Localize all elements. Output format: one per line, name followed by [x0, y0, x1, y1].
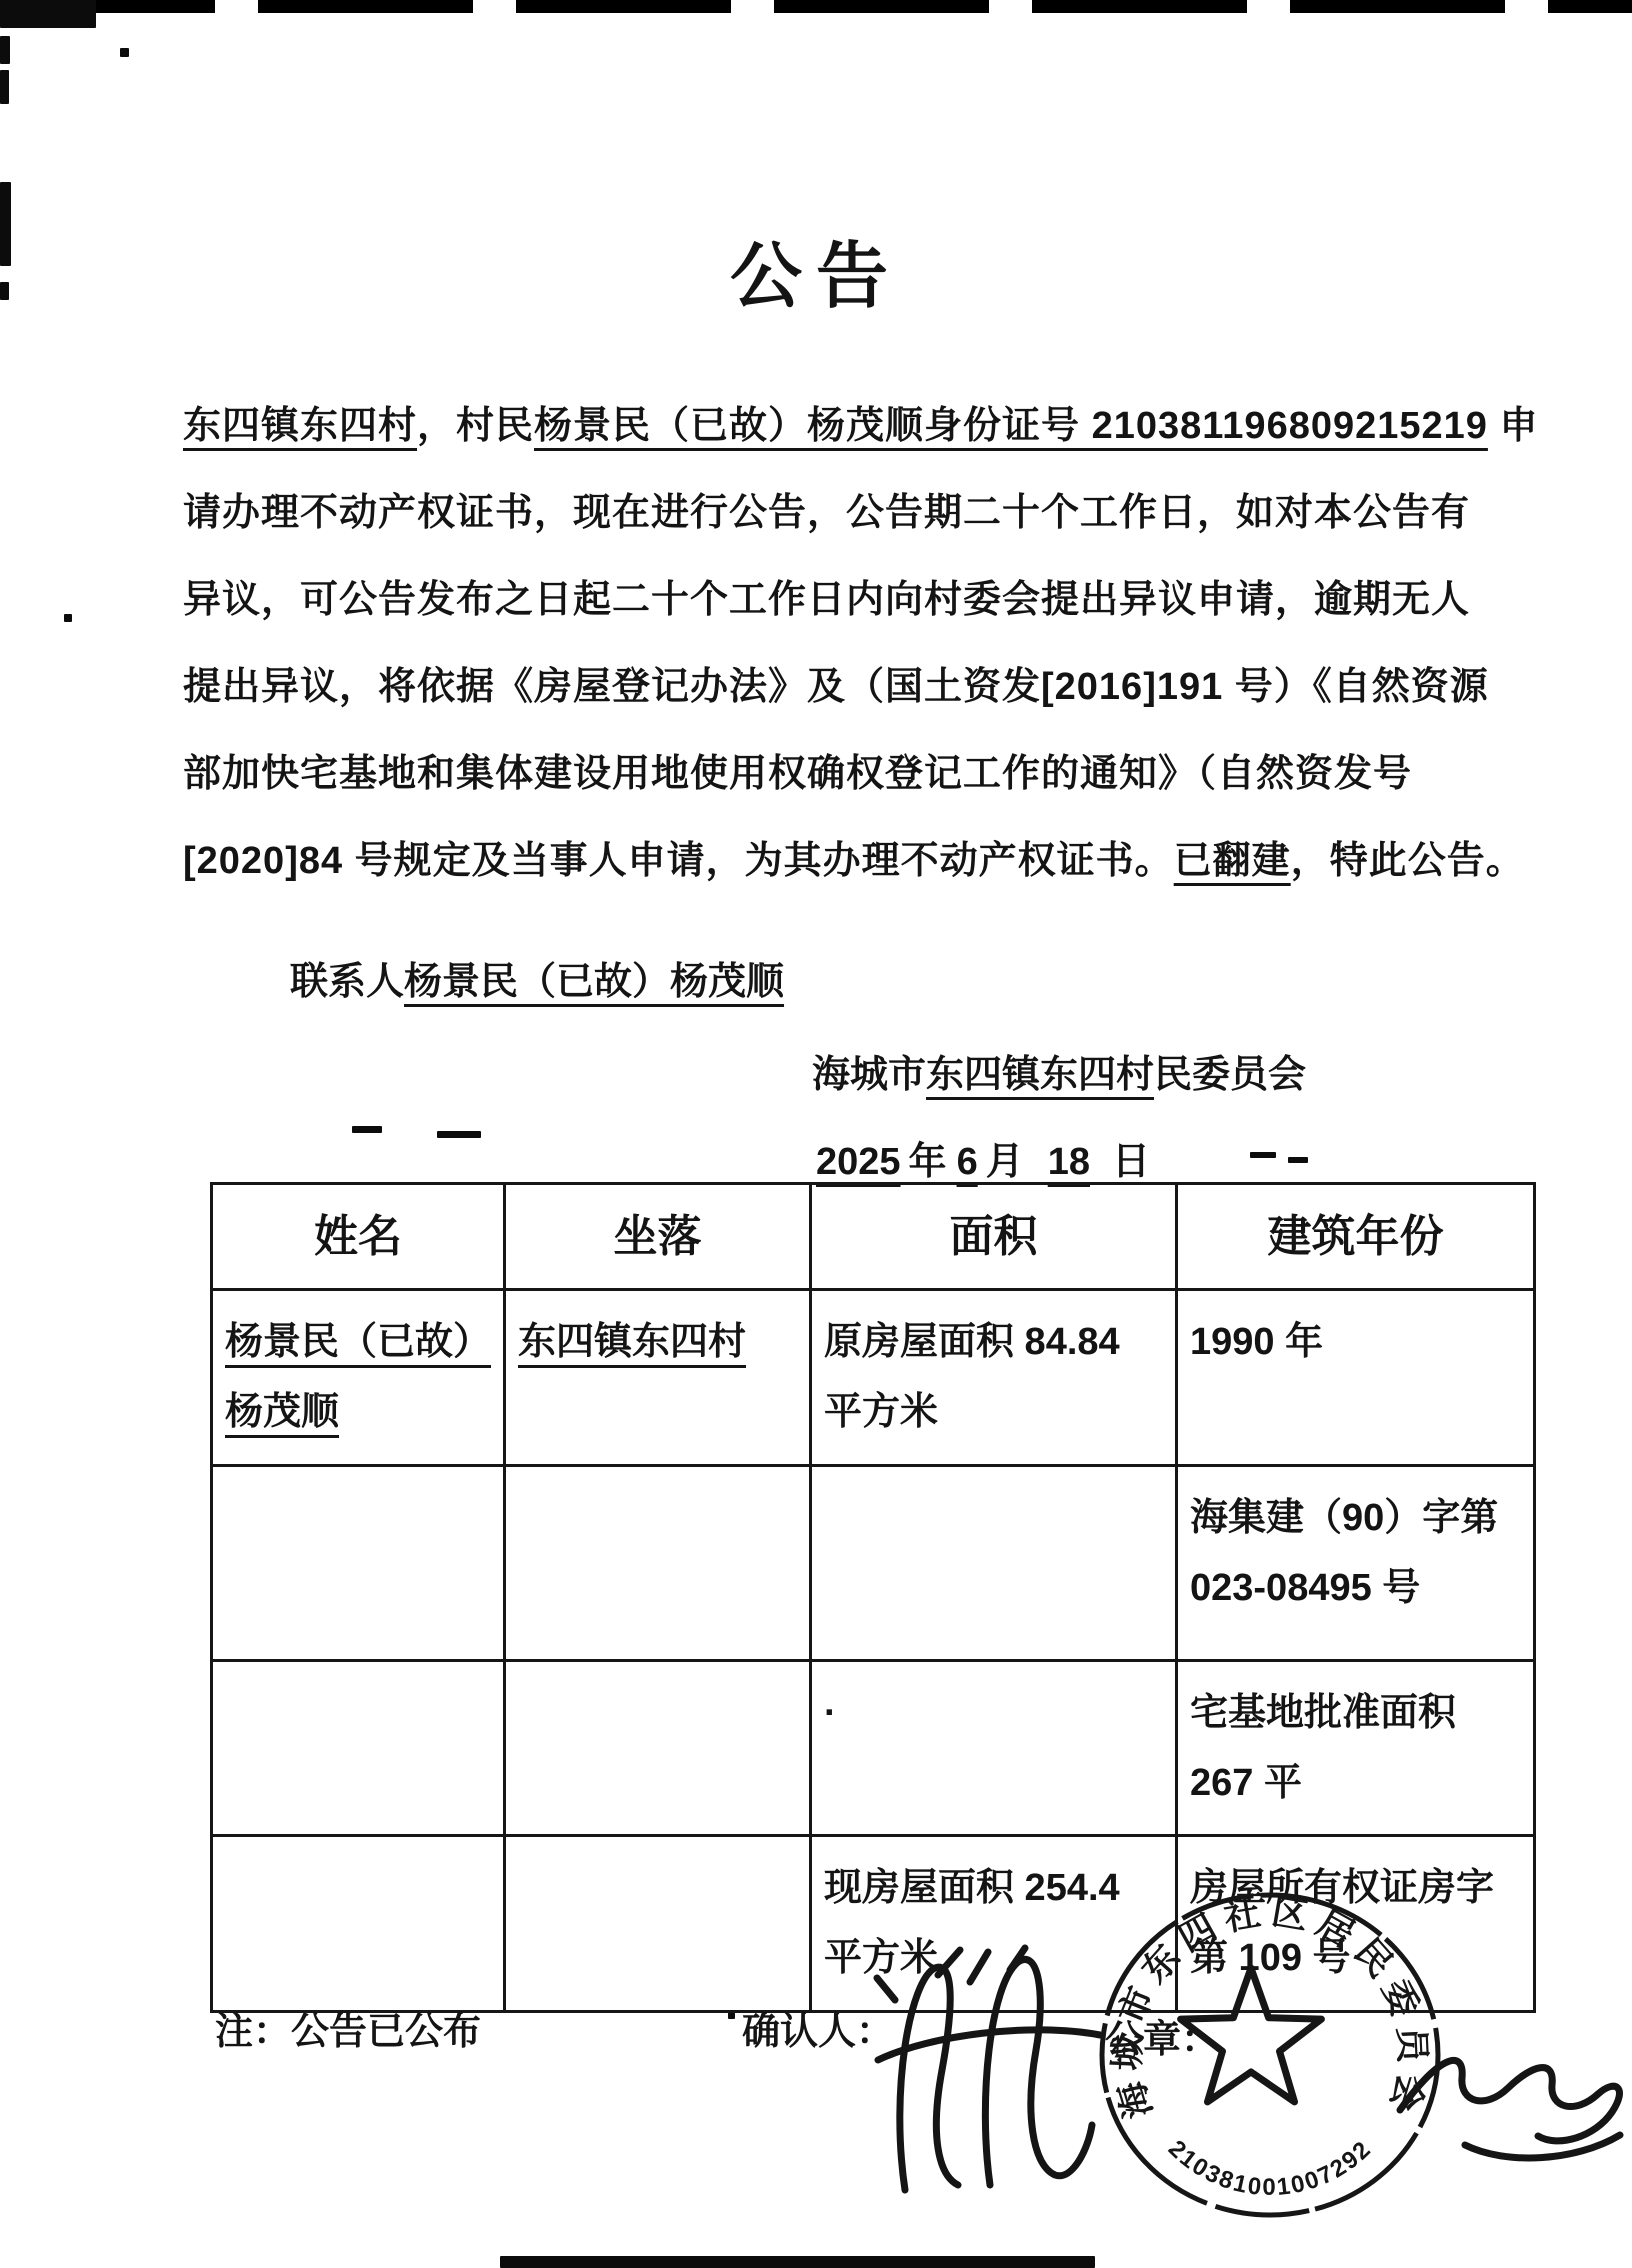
- cell-text: 1990 年: [1190, 1321, 1323, 1363]
- body-text-underlined: 已翻建: [1174, 840, 1291, 882]
- table-row: · 宅基地批准面积 267 平: [212, 1660, 1535, 1836]
- body-text-underlined: 东四镇东四村: [183, 405, 417, 447]
- footer-note: 注：公告已公布: [215, 2000, 481, 2055]
- body-line-5: 部加快宅基地和集体建设用地使用权确权登记工作的通知》（自然资发号: [183, 742, 1412, 797]
- cell-text: 宅基地批准面积 267 平: [1190, 1692, 1456, 1804]
- body-line-4: 提出异议，将依据《房屋登记办法》及（国土资发[2016]191 号）《自然资源: [183, 655, 1489, 710]
- issuer-line: 海城市东四镇东四村民委员会: [812, 1043, 1306, 1098]
- cell-location: [505, 1465, 811, 1660]
- cell-year: 1990 年: [1177, 1290, 1535, 1466]
- cell-text: 杨景民（已故）杨茂顺: [225, 1321, 491, 1433]
- official-round-stamp: 海城市东四社区居民委员会 210381001007292: [1075, 1870, 1475, 2230]
- col-header-area: 面积: [811, 1184, 1177, 1290]
- scan-artifact: [352, 1126, 382, 1133]
- scan-artifact: [64, 614, 72, 622]
- scan-artifact: [0, 70, 9, 104]
- cell-location: [505, 1836, 811, 2012]
- scan-artifact: [437, 1131, 481, 1138]
- col-header-location: 坐落: [505, 1184, 811, 1290]
- body-text: ，村民: [417, 405, 534, 447]
- scan-artifact-top-border: [0, 0, 1632, 13]
- scan-artifact: [1288, 1157, 1308, 1163]
- date-day-unit: 日: [1112, 1141, 1150, 1183]
- body-text: 申: [1488, 405, 1539, 447]
- cell-text: 海集建（90）字第 023-08495 号: [1190, 1497, 1498, 1609]
- contact-line: 联系人杨景民（已故）杨茂顺: [290, 950, 784, 1005]
- scan-artifact: [0, 0, 96, 28]
- cell-year: 宅基地批准面积 267 平: [1177, 1660, 1535, 1836]
- stamp-star-icon: [1181, 1968, 1322, 2102]
- date-day: 18: [1034, 1141, 1104, 1183]
- table-header-row: 姓名 坐落 面积 建筑年份: [212, 1184, 1535, 1290]
- cell-area: 原房屋面积 84.84 平方米: [811, 1290, 1177, 1466]
- table-row: 杨景民（已故）杨茂顺 东四镇东四村 原房屋面积 84.84 平方米 1990 年: [212, 1290, 1535, 1466]
- date-month-unit: 月: [986, 1141, 1024, 1183]
- scan-artifact: [120, 48, 129, 57]
- cell-location: [505, 1660, 811, 1836]
- cell-name: [212, 1465, 505, 1660]
- date-line: 2025年6月18日: [816, 1130, 1160, 1185]
- body-text-underlined: 杨景民（已故）杨茂顺身份证号 210381196809215219: [534, 405, 1488, 447]
- body-text: 异议，可公告发布之日起二十个工作日内向村委会提出异议申请，逾期无人: [183, 579, 1470, 621]
- col-header-year: 建筑年份: [1177, 1184, 1535, 1290]
- contact-name: 杨景民（已故）杨茂顺: [404, 961, 784, 1003]
- date-year-unit: 年: [909, 1141, 947, 1183]
- date-year: 2025: [816, 1141, 901, 1183]
- table-row: 海集建（90）字第 023-08495 号: [212, 1465, 1535, 1660]
- body-text: 提出异议，将依据《房屋登记办法》及（国土资发[2016]191 号）《自然资源: [183, 666, 1489, 708]
- cell-text: 原房屋面积 84.84 平方米: [824, 1321, 1120, 1433]
- body-text: 部加快宅基地和集体建设用地使用权确权登记工作的通知》（自然资发号: [183, 753, 1412, 795]
- body-text: ，特此公告。: [1291, 840, 1525, 882]
- cell-text: ·: [824, 1692, 837, 1734]
- cell-location: 东四镇东四村: [505, 1290, 811, 1466]
- body-text: 请办理不动产权证书，现在进行公告，公告期二十个工作日，如对本公告有: [183, 492, 1470, 534]
- issuer-prefix: 海城市: [812, 1054, 926, 1096]
- body-line-1: 东四镇东四村，村民杨景民（已故）杨茂顺身份证号 2103811968092152…: [183, 394, 1538, 449]
- scan-artifact: [1250, 1152, 1276, 1158]
- cell-area: [811, 1465, 1177, 1660]
- body-text: [2020]84 号规定及当事人申请，为其办理不动产权证书。: [183, 840, 1174, 882]
- body-line-2: 请办理不动产权证书，现在进行公告，公告期二十个工作日，如对本公告有: [183, 481, 1470, 536]
- cell-name: [212, 1660, 505, 1836]
- scanned-announcement-page: 公告 东四镇东四村，村民杨景民（已故）杨茂顺身份证号 2103811968092…: [0, 0, 1632, 2268]
- cell-name: 杨景民（已故）杨茂顺: [212, 1290, 505, 1466]
- page-title: 公告: [0, 218, 1632, 322]
- scan-artifact: [728, 2012, 735, 2019]
- cell-year: 海集建（90）字第 023-08495 号: [1177, 1465, 1535, 1660]
- stamp-number: 210381001007292: [1163, 2135, 1377, 2201]
- issuer-suffix: 民委员会: [1154, 1054, 1306, 1096]
- issuer-village: 东四镇东四村: [926, 1054, 1154, 1096]
- col-header-name: 姓名: [212, 1184, 505, 1290]
- body-line-6: [2020]84 号规定及当事人申请，为其办理不动产权证书。已翻建，特此公告。: [183, 829, 1525, 884]
- cell-area: ·: [811, 1660, 1177, 1836]
- cell-text: 东四镇东四村: [518, 1321, 746, 1363]
- contact-label: 联系人: [290, 961, 404, 1003]
- scan-artifact-bottom-bar: [500, 2256, 1095, 2268]
- scan-artifact: [0, 36, 10, 64]
- date-month: 6: [957, 1141, 978, 1183]
- cell-name: [212, 1836, 505, 2012]
- body-line-3: 异议，可公告发布之日起二十个工作日内向村委会提出异议申请，逾期无人: [183, 568, 1470, 623]
